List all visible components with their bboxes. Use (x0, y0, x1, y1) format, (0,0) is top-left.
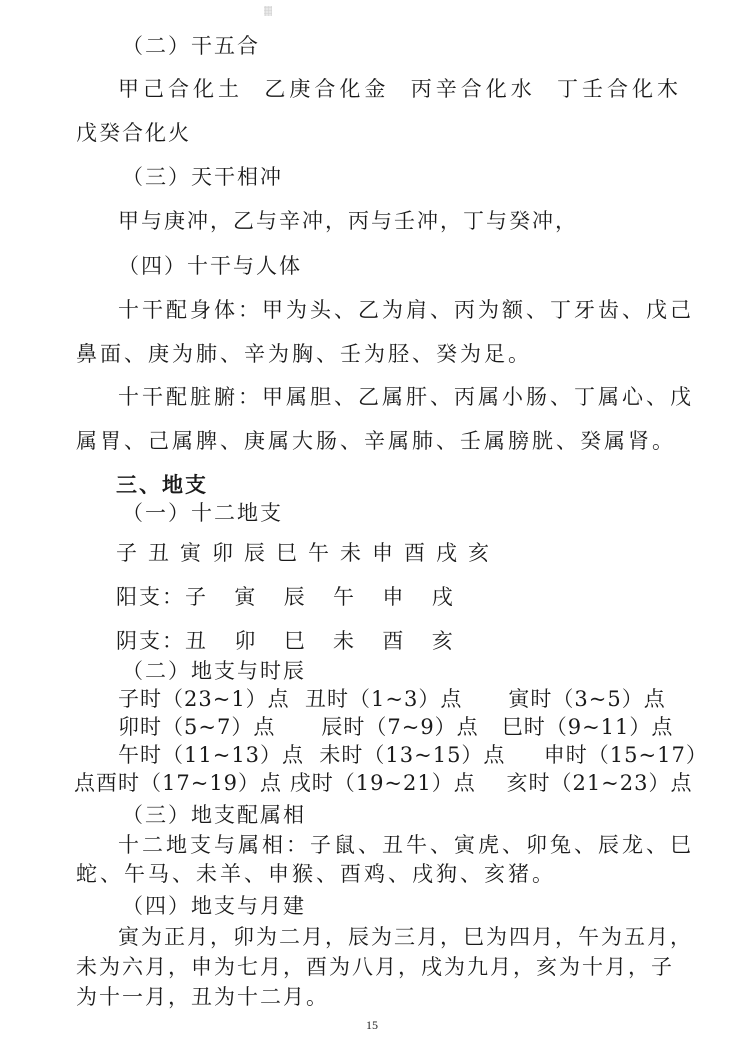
chapter-title-dizhi: 三、地支 (116, 472, 208, 498)
renti-body-line-2: 鼻面、庚为肺、辛为胸、壬为胫、癸为足。 (76, 341, 532, 367)
renti-organ-line-1: 十干配脏腑：甲属胆、乙属肝、丙属小肠、丁属心、戊 (118, 384, 694, 410)
yin-list: 丑 卯 巳 未 酉 亥 (185, 629, 458, 653)
section-heading-wuhe: （二）干五合 (122, 33, 260, 59)
wuhe-line-2: 戊癸合化火 (76, 120, 191, 146)
xiangchong-line-1: 甲与庚冲，乙与辛冲，丙与壬冲，丁与癸冲， (118, 208, 578, 234)
yuejian-line-3: 为十一月，丑为十二月。 (76, 984, 329, 1010)
renti-body-line-1: 十干配身体：甲为头、乙为肩、丙为额、丁牙齿、戊己 (118, 297, 694, 323)
section-heading-shichen: （二）地支与时辰 (122, 658, 306, 684)
section-heading-renti: （四）十干与人体 (118, 253, 302, 279)
yang-label: 阳支： (116, 585, 185, 609)
yuejian-line-1: 寅为正月，卯为二月，辰为三月，巳为四月，午为五月， (118, 924, 693, 950)
shuxiang-line-1: 十二地支与属相：子鼠、丑牛、寅虎、卯兔、辰龙、巳 (118, 832, 694, 858)
page-number: 15 (366, 1018, 378, 1033)
shichen-row-4: 点酉时（17~19）点 戌时（19~21）点 亥时（21~23）点 (74, 770, 693, 796)
section-heading-xiangchong: （三）天干相冲 (122, 164, 283, 190)
scan-speck (264, 6, 272, 16)
section-heading-twelve-branches: （一）十二地支 (122, 500, 283, 526)
yin-label: 阴支： (116, 629, 185, 653)
yang-branches-row: 阳支：子 寅 辰 午 申 戌 (116, 584, 458, 610)
section-heading-yuejian: （四）地支与月建 (122, 893, 306, 919)
wuhe-line-1: 甲己合化土 乙庚合化金 丙辛合化水 丁壬合化木 (118, 76, 682, 102)
yuejian-line-2: 未为六月，申为七月，酉为八月，戌为九月，亥为十月，子 (76, 954, 674, 980)
shichen-row-1: 子时（23~1）点 丑时（1~3）点 寅时（3~5）点 (118, 686, 666, 712)
twelve-branches-list: 子丑寅卯辰巳午未申酉戌亥 (116, 540, 500, 566)
section-heading-shuxiang: （三）地支配属相 (122, 802, 306, 828)
shichen-row-2: 卯时（5~7）点 辰时（7~9）点 巳时（9~11）点 (118, 714, 673, 740)
shuxiang-line-2: 蛇、午马、未羊、申猴、酉鸡、戌狗、亥猪。 (76, 861, 556, 887)
yin-branches-row: 阴支：丑 卯 巳 未 酉 亥 (116, 628, 458, 654)
yang-list: 子 寅 辰 午 申 戌 (185, 585, 458, 609)
shichen-row-3: 午时（11~13）点 未时（13~15）点 申时（15~17） (118, 742, 708, 768)
renti-organ-line-2: 属胃、己属脾、庚属大肠、辛属肺、壬属膀胱、癸属肾。 (76, 428, 676, 454)
